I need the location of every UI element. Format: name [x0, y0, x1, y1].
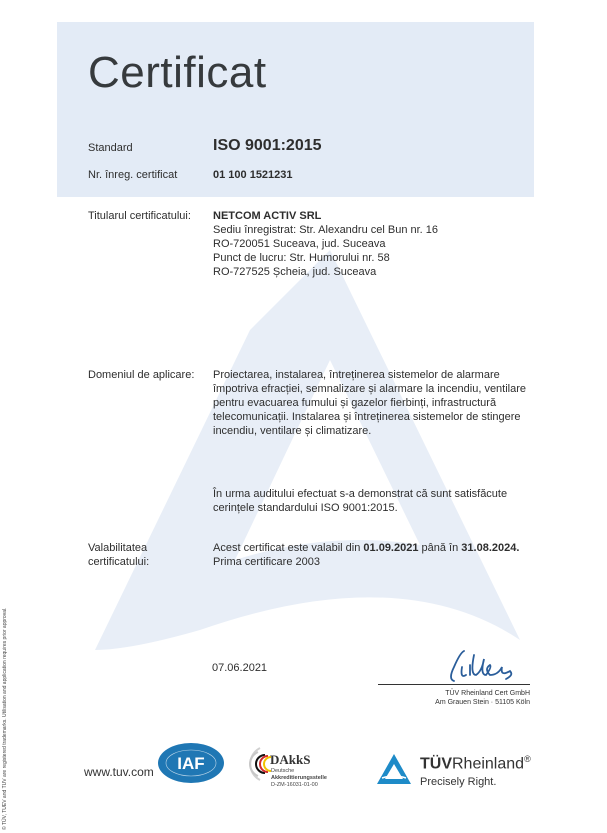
website-link[interactable]: www.tuv.com — [84, 765, 154, 779]
trademark-notice: © TÜV, TUEV and TUV are registered trade… — [2, 608, 8, 831]
holder-address-line: Sediu înregistrat: Str. Alexandru cel Bu… — [213, 223, 438, 237]
holder-block: NETCOM ACTIV SRL Sediu înregistrat: Str.… — [213, 209, 438, 279]
brand-bold: TÜV — [420, 755, 452, 772]
validity-text: Acest certificat este valabil din 01.09.… — [213, 541, 519, 569]
issue-date: 07.06.2021 — [212, 661, 267, 675]
holder-address-line: RO-727525 Șcheia, jud. Suceava — [213, 265, 438, 279]
validity-label: Valabilitatea certificatului: — [88, 541, 149, 569]
holder-address-line: Punct de lucru: Str. Humorului nr. 58 — [213, 251, 438, 265]
valid-from-date: 01.09.2021 — [363, 542, 418, 554]
standard-value: ISO 9001:2015 — [213, 139, 322, 153]
validity-label-line: Valabilitatea — [88, 541, 149, 555]
issuer-name: TÜV Rheinland Cert GmbH — [435, 689, 530, 698]
tuv-slogan: Precisely Right. — [420, 776, 496, 788]
tuv-triangle-logo — [375, 752, 413, 786]
dakks-accreditation-number: D-ZM-16031-01-00 — [271, 782, 327, 789]
svg-text:IAF: IAF — [177, 754, 204, 773]
scope-line: Proiectarea, instalarea, întreținerea si… — [213, 368, 526, 382]
scope-text: Proiectarea, instalarea, întreținerea si… — [213, 368, 526, 438]
dakks-label: DAkkS — [270, 752, 310, 768]
validity-middle: până în — [418, 542, 461, 554]
tuv-brand-name: TÜVRheinland® — [420, 754, 531, 773]
audit-line: cerințele standardului ISO 9001:2015. — [213, 501, 507, 515]
validity-prefix: Acest certificat este valabil din — [213, 542, 363, 554]
audit-statement: În urma auditului efectuat s-a demonstra… — [213, 487, 507, 515]
issuer-address: Am Grauen Stein · 51105 Köln — [435, 698, 530, 707]
iaf-logo: IAF — [157, 742, 225, 784]
scope-line: împotriva efracției, semnalizare și alar… — [213, 382, 526, 396]
validity-label-line: certificatului: — [88, 555, 149, 569]
signature — [440, 645, 520, 685]
registration-label: Nr. înreg. certificat — [88, 169, 177, 181]
dakks-sub-line: Deutsche — [271, 768, 327, 775]
scope-line: pentru evacuarea fumului și gazelor fier… — [213, 396, 526, 410]
registration-number: 01 100 1521231 — [213, 168, 293, 182]
brand-rest: Rheinland — [452, 755, 524, 772]
certificate-title: Certificat — [88, 48, 267, 98]
dakks-logo-arcs — [230, 744, 272, 784]
first-certification: Prima certificare 2003 — [213, 555, 519, 569]
scope-line: telecomunicații. Instalarea și întreține… — [213, 410, 526, 424]
scope-label: Domeniul de aplicare: — [88, 369, 194, 381]
dakks-sub-line: Akkreditierungsstelle — [271, 775, 327, 782]
holder-name: NETCOM ACTIV SRL — [213, 209, 438, 223]
standard-label: Standard — [88, 142, 133, 154]
dakks-subtext: Deutsche Akkreditierungsstelle D-ZM-1603… — [271, 768, 327, 789]
issuer-block: TÜV Rheinland Cert GmbH Am Grauen Stein … — [435, 689, 530, 707]
signature-line — [378, 684, 530, 685]
audit-line: În urma auditului efectuat s-a demonstra… — [213, 487, 507, 501]
scope-line: incendiu, ventilare și climatizare. — [213, 424, 526, 438]
holder-address-line: RO-720051 Suceava, jud. Suceava — [213, 237, 438, 251]
registered-mark: ® — [524, 754, 531, 764]
holder-label: Titularul certificatului: — [88, 210, 191, 222]
valid-to-date: 31.08.2024. — [461, 542, 519, 554]
